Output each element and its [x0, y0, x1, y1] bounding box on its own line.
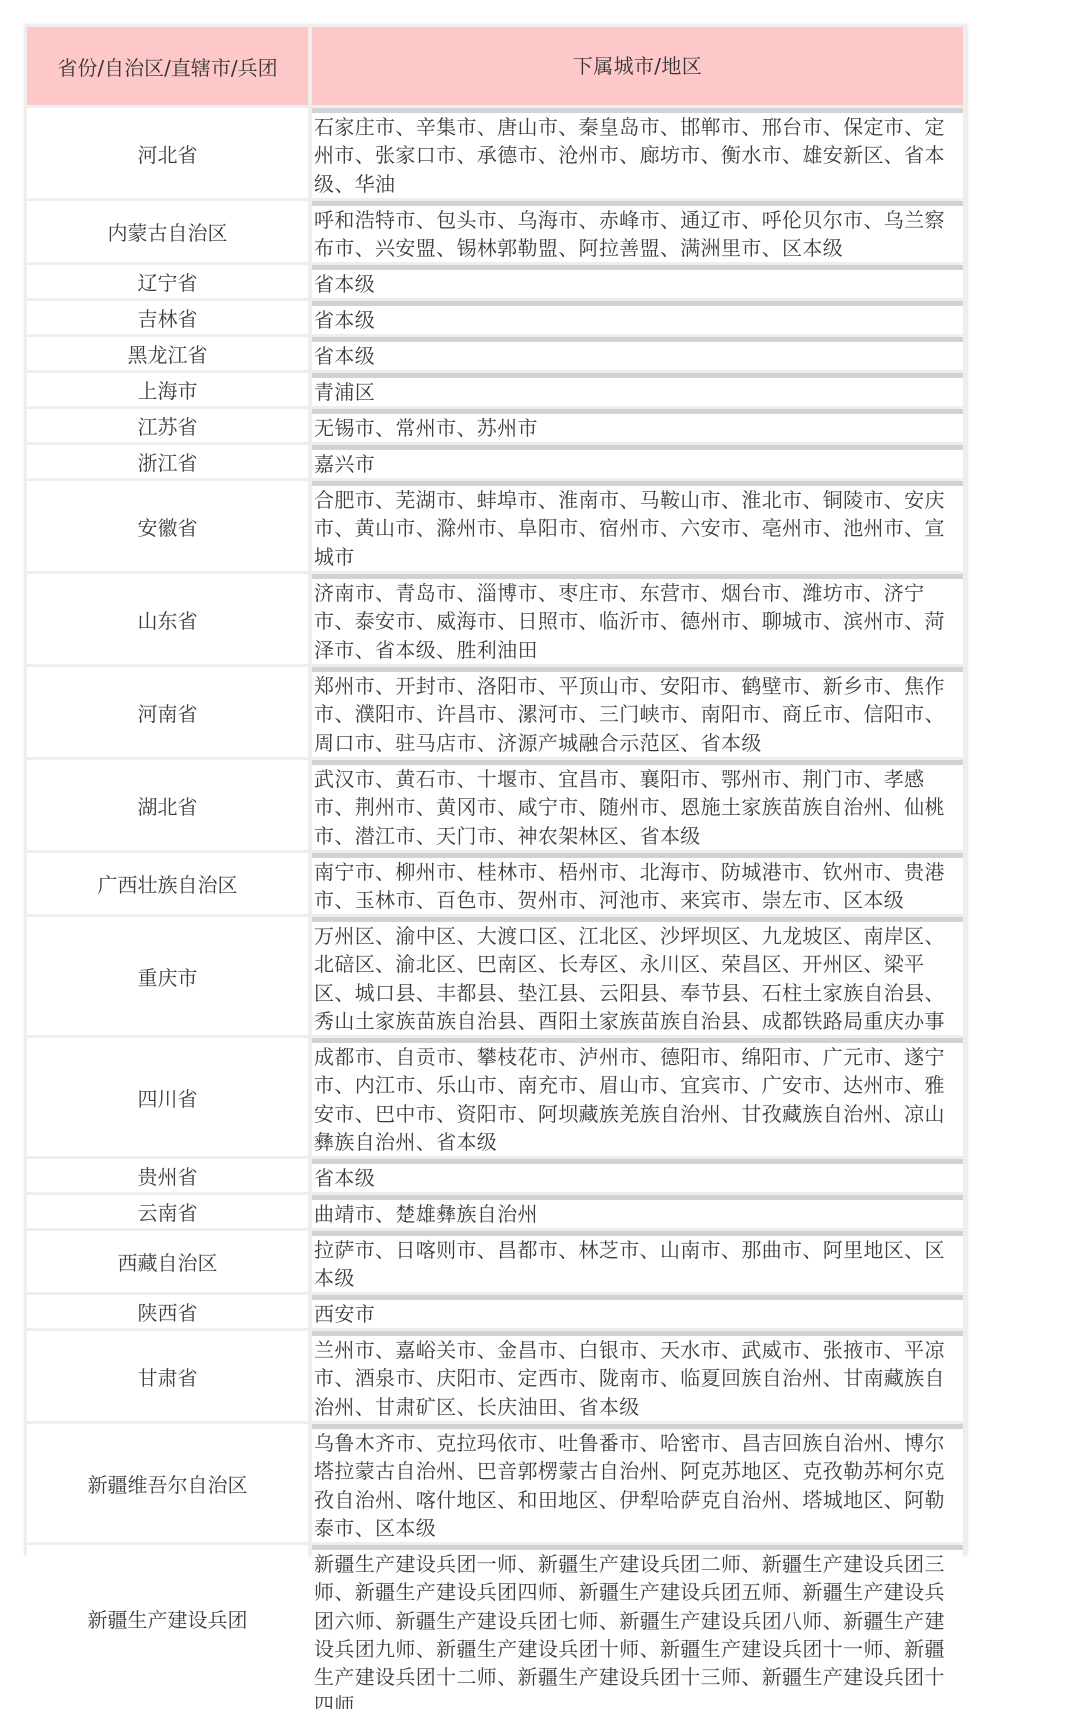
cities-cell: 石家庄市、辛集市、唐山市、秦皇岛市、邯郸市、邢台市、保定市、定州市、张家口市、承… [312, 108, 963, 198]
province-city-table: 省份/自治区/直辖市/兵团 下属城市/地区 河北省石家庄市、辛集市、唐山市、秦皇… [27, 27, 965, 1694]
table-row: 四川省成都市、自贡市、攀枝花市、泸州市、德阳市、绵阳市、广元市、遂宁市、内江市、… [27, 1038, 965, 1156]
table-row: 贵州省省本级 [27, 1159, 965, 1192]
province-cell: 广西壮族自治区 [27, 853, 308, 914]
province-cell: 甘肃省 [27, 1331, 308, 1421]
table-row: 黑龙江省省本级 [27, 337, 965, 370]
cities-cell: 省本级 [312, 337, 963, 370]
cities-cell: 合肥市、芜湖市、蚌埠市、淮南市、马鞍山市、淮北市、铜陵市、安庆市、黄山市、滁州市… [312, 481, 963, 571]
cities-cell: 省本级 [312, 301, 963, 334]
table-row: 安徽省合肥市、芜湖市、蚌埠市、淮南市、马鞍山市、淮北市、铜陵市、安庆市、黄山市、… [27, 481, 965, 571]
cities-cell: 新疆生产建设兵团一师、新疆生产建设兵团二师、新疆生产建设兵团三师、新疆生产建设兵… [312, 1545, 963, 1691]
cities-cell: 省本级 [312, 265, 963, 298]
cities-cell: 武汉市、黄石市、十堰市、宜昌市、襄阳市、鄂州市、荆门市、孝感市、荆州市、黄冈市、… [312, 760, 963, 850]
province-cell: 贵州省 [27, 1159, 308, 1192]
cities-cell: 无锡市、常州市、苏州市 [312, 409, 963, 442]
province-cell: 新疆生产建设兵团 [27, 1545, 308, 1691]
table-row: 河南省郑州市、开封市、洛阳市、平顶山市、安阳市、鹤壁市、新乡市、焦作市、濮阳市、… [27, 667, 965, 757]
cities-cell: 兰州市、嘉峪关市、金昌市、白银市、天水市、武威市、张掖市、平凉市、酒泉市、庆阳市… [312, 1331, 963, 1421]
table-row: 河北省石家庄市、辛集市、唐山市、秦皇岛市、邯郸市、邢台市、保定市、定州市、张家口… [27, 108, 965, 198]
province-cell: 内蒙古自治区 [27, 201, 308, 262]
table-row: 重庆市万州区、渝中区、大渡口区、江北区、沙坪坝区、九龙坡区、南岸区、北碚区、渝北… [27, 917, 965, 1035]
table-row: 云南省曲靖市、楚雄彝族自治州 [27, 1195, 965, 1228]
table-row: 浙江省嘉兴市 [27, 445, 965, 478]
province-cell: 河南省 [27, 667, 308, 757]
cities-cell: 省本级 [312, 1159, 963, 1192]
province-cell: 安徽省 [27, 481, 308, 571]
province-cell: 西藏自治区 [27, 1231, 308, 1292]
cities-cell: 曲靖市、楚雄彝族自治州 [312, 1195, 963, 1228]
cities-cell: 拉萨市、日喀则市、昌都市、林芝市、山南市、那曲市、阿里地区、区本级 [312, 1231, 963, 1292]
province-cell: 重庆市 [27, 917, 308, 1035]
cities-cell: 呼和浩特市、包头市、乌海市、赤峰市、通辽市、呼伦贝尔市、乌兰察布市、兴安盟、锡林… [312, 201, 963, 262]
cities-cell: 嘉兴市 [312, 445, 963, 478]
province-cell: 黑龙江省 [27, 337, 308, 370]
province-cell: 吉林省 [27, 301, 308, 334]
cities-cell: 万州区、渝中区、大渡口区、江北区、沙坪坝区、九龙坡区、南岸区、北碚区、渝北区、巴… [312, 917, 963, 1035]
table-row: 西藏自治区拉萨市、日喀则市、昌都市、林芝市、山南市、那曲市、阿里地区、区本级 [27, 1231, 965, 1292]
table-row: 新疆维吾尔自治区乌鲁木齐市、克拉玛依市、吐鲁番市、哈密市、昌吉回族自治州、博尔塔… [27, 1424, 965, 1542]
province-cell: 陕西省 [27, 1295, 308, 1328]
province-cell: 上海市 [27, 373, 308, 406]
table-row: 新疆生产建设兵团新疆生产建设兵团一师、新疆生产建设兵团二师、新疆生产建设兵团三师… [27, 1545, 965, 1691]
table-row: 湖北省武汉市、黄石市、十堰市、宜昌市、襄阳市、鄂州市、荆门市、孝感市、荆州市、黄… [27, 760, 965, 850]
province-cell: 四川省 [27, 1038, 308, 1156]
cities-cell: 西安市 [312, 1295, 963, 1328]
header-province: 省份/自治区/直辖市/兵团 [27, 27, 308, 105]
cities-cell: 济南市、青岛市、淄博市、枣庄市、东营市、烟台市、潍坊市、济宁市、泰安市、威海市、… [312, 574, 963, 664]
province-cell: 湖北省 [27, 760, 308, 850]
cities-cell: 成都市、自贡市、攀枝花市、泸州市、德阳市、绵阳市、广元市、遂宁市、内江市、乐山市… [312, 1038, 963, 1156]
table-row: 甘肃省兰州市、嘉峪关市、金昌市、白银市、天水市、武威市、张掖市、平凉市、酒泉市、… [27, 1331, 965, 1421]
table-row: 江苏省无锡市、常州市、苏州市 [27, 409, 965, 442]
table-row: 吉林省省本级 [27, 301, 965, 334]
table-row: 广西壮族自治区南宁市、柳州市、桂林市、梧州市、北海市、防城港市、钦州市、贵港市、… [27, 853, 965, 914]
province-cell: 浙江省 [27, 445, 308, 478]
table-row: 上海市青浦区 [27, 373, 965, 406]
province-cell: 云南省 [27, 1195, 308, 1228]
table-row: 内蒙古自治区呼和浩特市、包头市、乌海市、赤峰市、通辽市、呼伦贝尔市、乌兰察布市、… [27, 201, 965, 262]
table-row: 辽宁省省本级 [27, 265, 965, 298]
province-cell: 山东省 [27, 574, 308, 664]
province-cell: 江苏省 [27, 409, 308, 442]
cities-cell: 青浦区 [312, 373, 963, 406]
table-row: 陕西省西安市 [27, 1295, 965, 1328]
cities-cell: 南宁市、柳州市、桂林市、梧州市、北海市、防城港市、钦州市、贵港市、玉林市、百色市… [312, 853, 963, 914]
province-cell: 新疆维吾尔自治区 [27, 1424, 308, 1542]
table-body: 河北省石家庄市、辛集市、唐山市、秦皇岛市、邯郸市、邢台市、保定市、定州市、张家口… [27, 108, 965, 1691]
header-cities: 下属城市/地区 [312, 27, 963, 105]
cities-cell: 乌鲁木齐市、克拉玛依市、吐鲁番市、哈密市、昌吉回族自治州、博尔塔拉蒙古自治州、巴… [312, 1424, 963, 1542]
province-cell: 辽宁省 [27, 265, 308, 298]
table-row: 山东省济南市、青岛市、淄博市、枣庄市、东营市、烟台市、潍坊市、济宁市、泰安市、威… [27, 574, 965, 664]
province-cell: 河北省 [27, 108, 308, 198]
table-header-row: 省份/自治区/直辖市/兵团 下属城市/地区 [27, 27, 965, 105]
cities-cell: 郑州市、开封市、洛阳市、平顶山市、安阳市、鹤壁市、新乡市、焦作市、濮阳市、许昌市… [312, 667, 963, 757]
